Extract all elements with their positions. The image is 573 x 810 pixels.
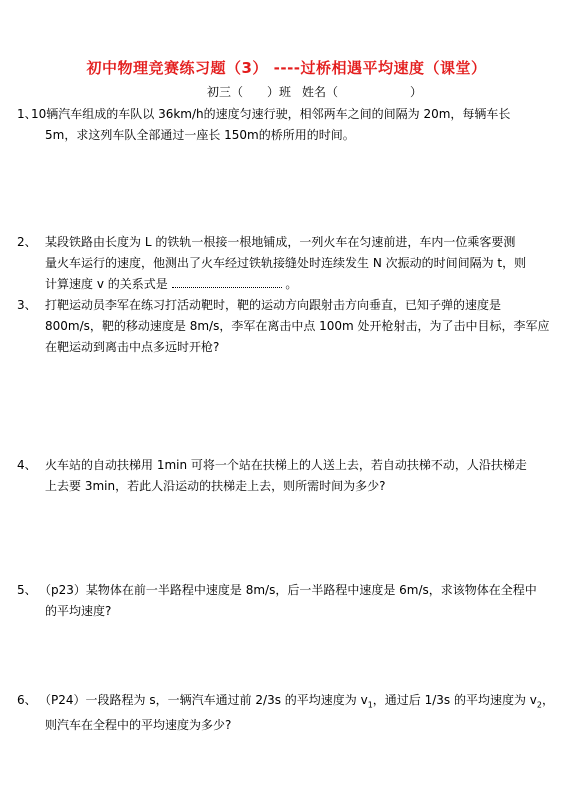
question-text-line: 的平均速度? <box>45 601 542 622</box>
question-4: 4、 火车站的自动扶梯用 1min 可将一个站在扶梯上的人送上去，若自动扶梯不动… <box>17 455 542 497</box>
question-text-line: 量火车运行的速度，他测出了火车经过铁轨接缝处时连续发生 N 次振动的时间间隔为 … <box>45 253 542 274</box>
question-number: 5、 <box>17 580 37 601</box>
question-text-line: 在靶运动到离击中点多远时开枪? <box>45 337 542 358</box>
question-text-line: 则汽车在全程中的平均速度为多少? <box>45 715 542 736</box>
question-text-segment: ， <box>542 693 554 707</box>
question-number: 4、 <box>17 455 37 476</box>
question-text-line: 5m，求这列车队全部通过一座长 150m的桥所用的时间。 <box>45 125 542 146</box>
question-text-line: 火车站的自动扶梯用 1min 可将一个站在扶梯上的人送上去，若自动扶梯不动，人沿… <box>45 455 542 476</box>
question-text-line: 打靶运动员李军在练习打活动靶时，靶的运动方向跟射击方向垂直，已知子弹的速度是 <box>45 295 542 316</box>
question-5: 5、 （p23）某物体在前一半路程中速度是 8m/s，后一半路程中速度是 6m/… <box>17 580 542 622</box>
question-text-line: （p23）某物体在前一半路程中速度是 8m/s，后一半路程中速度是 6m/s，求… <box>39 580 542 601</box>
question-3: 3、 打靶运动员李军在练习打活动靶时，靶的运动方向跟射击方向垂直，已知子弹的速度… <box>17 295 542 358</box>
question-number: 1、 <box>17 104 37 125</box>
question-text-line: （P24）一段路程为 s，一辆汽车通过前 2/3s 的平均速度为 v1，通过后 … <box>39 690 542 715</box>
question-text-line: 计算速度 v 的关系式是 。 <box>45 274 542 295</box>
question-number: 3、 <box>17 295 37 316</box>
question-text-segment: ，通过后 1/3s 的平均速度为 v <box>373 693 537 707</box>
question-text-segment: （P24）一段路程为 s，一辆汽车通过前 2/3s 的平均速度为 v <box>39 693 368 707</box>
class-label: 初三（ ）班 <box>207 83 291 100</box>
question-text-line: 10辆汽车组成的车队以 36km/h的速度匀速行驶，相邻两车之间的间隔为 20m… <box>31 104 542 125</box>
page-title: 初中物理竞赛练习题（3） ----过桥相遇平均速度（课堂） <box>0 57 573 78</box>
answer-blank[interactable] <box>172 275 282 288</box>
question-number: 6、 <box>17 690 37 711</box>
question-2: 2、 某段铁路由长度为 L 的铁轨一根接一根地铺成，一列火车在匀速前进，车内一位… <box>17 232 542 295</box>
name-label: 姓名（ ） <box>302 83 422 100</box>
question-1: 1、 10辆汽车组成的车队以 36km/h的速度匀速行驶，相邻两车之间的间隔为 … <box>17 104 542 146</box>
question-text-line: 某段铁路由长度为 L 的铁轨一根接一根地铺成，一列火车在匀速前进，车内一位乘客要… <box>45 232 542 253</box>
question-6: 6、 （P24）一段路程为 s，一辆汽车通过前 2/3s 的平均速度为 v1，通… <box>17 690 542 736</box>
question-text-line: 上去要 3min，若此人沿运动的扶梯走上去，则所需时间为多少? <box>45 476 542 497</box>
question-text-line: 800m/s，靶的移动速度是 8m/s，李军在离击中点 100m 处开枪射击，为… <box>45 316 542 337</box>
question-number: 2、 <box>17 232 37 253</box>
question-text-prefix: 计算速度 v 的关系式是 <box>45 277 168 291</box>
question-text-suffix: 。 <box>285 277 297 291</box>
